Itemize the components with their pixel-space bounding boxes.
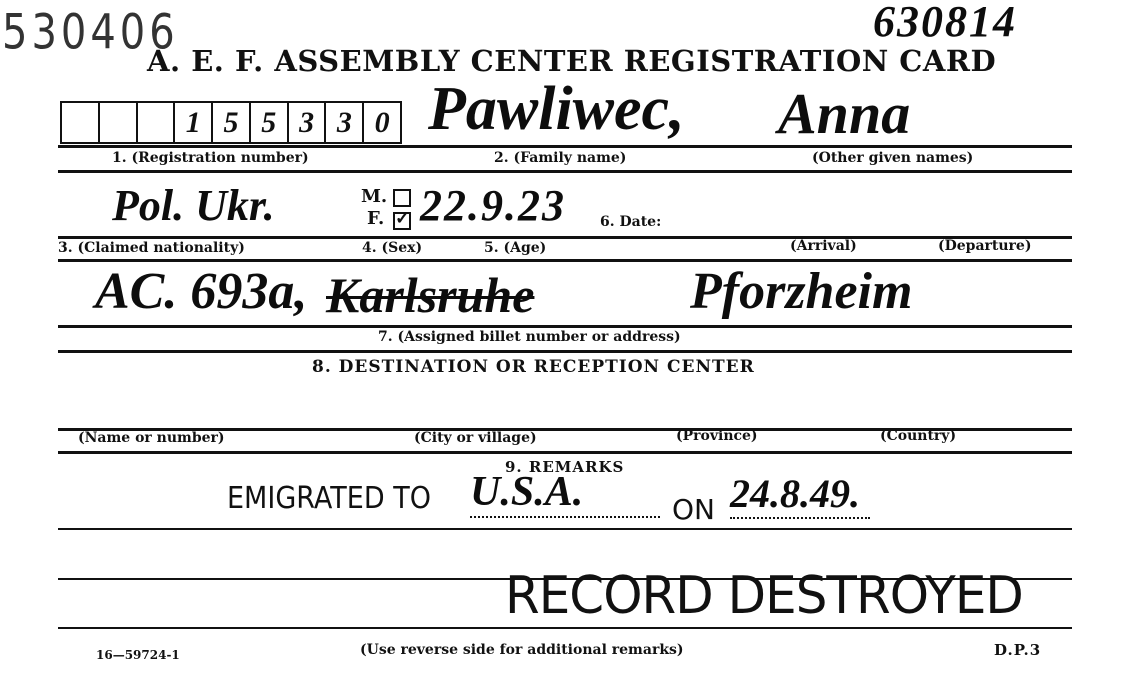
form-id: D.P.3 [994, 641, 1041, 659]
age-label: 5. (Age) [484, 240, 546, 256]
reg-digit: 1 [175, 103, 213, 142]
given-names-label: (Other given names) [812, 150, 973, 166]
divider-line [58, 350, 1072, 353]
date-label: 6. Date: [600, 214, 661, 230]
emigrated-date-value: 24.8.49. [730, 470, 870, 519]
emigrated-stamp-prefix: EMIGRATED TO [227, 481, 431, 516]
nationality-value: Pol. Ukr. [112, 180, 275, 231]
destination-heading: 8. DESTINATION OR RECEPTION CENTER [312, 357, 755, 377]
divider-line [58, 528, 1072, 530]
reg-digit: 3 [289, 103, 327, 142]
reg-digit: 5 [213, 103, 251, 142]
reg-digit: 0 [364, 103, 400, 142]
destination-province-label: (Province) [676, 428, 758, 444]
sex-m-checkbox[interactable] [393, 189, 411, 207]
given-names-value: Anna [778, 80, 910, 147]
reg-digit: 5 [251, 103, 289, 142]
divider-line [58, 145, 1072, 148]
archive-number-right: 630814 [873, 0, 1017, 47]
registration-number-boxes: 1 5 5 3 3 0 [60, 101, 402, 144]
nationality-label: 3. (Claimed nationality) [58, 240, 245, 256]
arrival-label: (Arrival) [790, 238, 857, 254]
age-value: 22.9.23 [420, 180, 566, 231]
sex-label: 4. (Sex) [362, 240, 422, 256]
sex-m-label: M. [361, 186, 387, 207]
divider-line [58, 325, 1072, 328]
divider-line [58, 236, 1072, 239]
family-name-value: Pawliwec, [428, 74, 685, 145]
billet-label: 7. (Assigned billet number or address) [378, 329, 681, 345]
record-destroyed-stamp: RECORD DESTROYED [505, 566, 1023, 626]
reverse-side-note: (Use reverse side for additional remarks… [360, 642, 684, 658]
sex-f-checkbox[interactable] [393, 212, 411, 230]
divider-line [58, 451, 1072, 454]
destination-country-label: (Country) [880, 428, 956, 444]
emigrated-on-label: ON [672, 493, 715, 526]
divider-line [58, 170, 1072, 173]
divider-line [58, 627, 1072, 629]
form-code: 16—59724-1 [96, 648, 180, 662]
billet-struck-city: Karlsruhe [326, 266, 534, 324]
destination-city-label: (City or village) [414, 430, 537, 446]
emigrated-country-value: U.S.A. [470, 468, 660, 518]
destination-name-label: (Name or number) [78, 430, 225, 446]
family-name-label: 2. (Family name) [494, 150, 626, 166]
card-title: A. E. F. ASSEMBLY CENTER REGISTRATION CA… [147, 44, 996, 78]
reg-digit [100, 103, 138, 142]
reg-digit: 3 [326, 103, 364, 142]
registration-number-label: 1. (Registration number) [112, 150, 309, 166]
reg-digit [138, 103, 176, 142]
sex-f-label: F. [367, 208, 384, 229]
departure-label: (Departure) [938, 238, 1031, 254]
reg-digit [62, 103, 100, 142]
billet-city-value: Pforzheim [690, 262, 912, 321]
billet-number-value: AC. 693a, [95, 262, 307, 321]
